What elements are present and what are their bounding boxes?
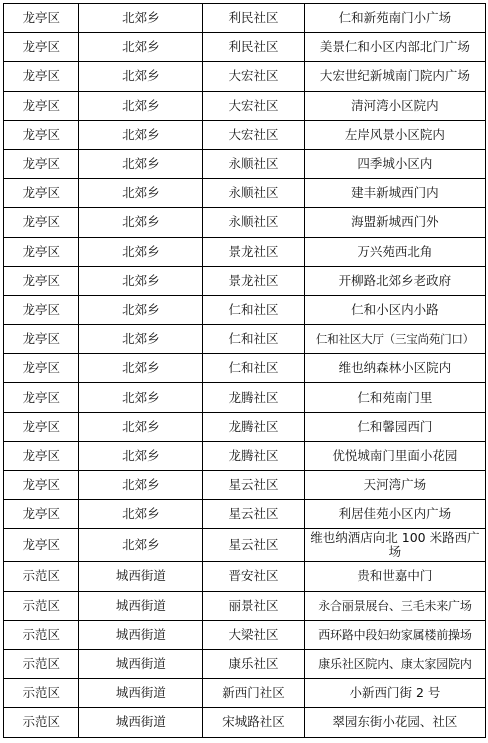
community-cell: 大梁社区 [203, 620, 305, 649]
location-cell: 开柳路北郊乡老政府 [304, 266, 485, 295]
table-row: 龙亭区北郊乡永顺社区建丰新城西门内 [4, 179, 486, 208]
township-cell: 城西街道 [79, 562, 203, 591]
community-cell: 星云社区 [203, 471, 305, 500]
district-cell: 龙亭区 [4, 179, 79, 208]
township-cell: 北郊乡 [79, 266, 203, 295]
table-row: 龙亭区北郊乡永顺社区海盟新城西门外 [4, 208, 486, 237]
location-cell: 四季城小区内 [304, 149, 485, 178]
township-cell: 城西街道 [79, 649, 203, 678]
table-row: 龙亭区北郊乡利民社区美景仁和小区内部北门广场 [4, 33, 486, 62]
township-cell: 城西街道 [79, 591, 203, 620]
location-cell: 优悦城南门里面小花园 [304, 441, 485, 470]
district-cell: 示范区 [4, 620, 79, 649]
location-cell: 小新西门街 2 号 [304, 679, 485, 708]
community-cell: 景龙社区 [203, 266, 305, 295]
community-cell: 景龙社区 [203, 237, 305, 266]
township-cell: 城西街道 [79, 708, 203, 737]
township-cell: 北郊乡 [79, 412, 203, 441]
community-cell: 星云社区 [203, 500, 305, 529]
district-cell: 示范区 [4, 591, 79, 620]
township-cell: 北郊乡 [79, 441, 203, 470]
community-cell: 仁和社区 [203, 354, 305, 383]
table-row: 示范区城西街道大梁社区西环路中段妇幼家属楼前操场 [4, 620, 486, 649]
community-cell: 仁和社区 [203, 325, 305, 354]
district-cell: 龙亭区 [4, 471, 79, 500]
location-cell: 万兴苑西北角 [304, 237, 485, 266]
community-cell: 龙腾社区 [203, 383, 305, 412]
table-row: 龙亭区北郊乡景龙社区开柳路北郊乡老政府 [4, 266, 486, 295]
community-cell: 永顺社区 [203, 149, 305, 178]
location-cell: 海盟新城西门外 [304, 208, 485, 237]
township-cell: 北郊乡 [79, 529, 203, 562]
district-cell: 龙亭区 [4, 354, 79, 383]
location-cell: 翠园东街小花园、社区 [304, 708, 485, 737]
township-cell: 北郊乡 [79, 208, 203, 237]
table-row: 龙亭区北郊乡大宏社区左岸风景小区院内 [4, 120, 486, 149]
community-cell: 永顺社区 [203, 208, 305, 237]
township-cell: 北郊乡 [79, 4, 203, 33]
district-cell: 示范区 [4, 708, 79, 737]
location-cell: 康乐社区院内、康太家园院内 [304, 649, 485, 678]
township-cell: 北郊乡 [79, 383, 203, 412]
district-cell: 龙亭区 [4, 295, 79, 324]
district-cell: 龙亭区 [4, 237, 79, 266]
location-cell: 仁和小区内小路 [304, 295, 485, 324]
district-cell: 龙亭区 [4, 412, 79, 441]
table-row: 龙亭区北郊乡龙腾社区优悦城南门里面小花园 [4, 441, 486, 470]
location-cell: 仁和社区大厅（三宝尚苑门口） [304, 325, 485, 354]
community-cell: 丽景社区 [203, 591, 305, 620]
table-row: 龙亭区北郊乡大宏社区清河湾小区院内 [4, 91, 486, 120]
district-cell: 示范区 [4, 562, 79, 591]
location-cell: 清河湾小区院内 [304, 91, 485, 120]
community-cell: 大宏社区 [203, 62, 305, 91]
township-cell: 北郊乡 [79, 62, 203, 91]
district-cell: 龙亭区 [4, 325, 79, 354]
table-row: 龙亭区北郊乡星云社区天河湾广场 [4, 471, 486, 500]
district-cell: 龙亭区 [4, 91, 79, 120]
table-row: 龙亭区北郊乡景龙社区万兴苑西北角 [4, 237, 486, 266]
location-cell: 贵和世嘉中门 [304, 562, 485, 591]
table-body: 龙亭区北郊乡利民社区仁和新苑南门小广场 龙亭区北郊乡利民社区美景仁和小区内部北门… [4, 4, 486, 738]
district-cell: 龙亭区 [4, 62, 79, 91]
district-cell: 龙亭区 [4, 208, 79, 237]
district-cell: 龙亭区 [4, 120, 79, 149]
district-cell: 示范区 [4, 649, 79, 678]
table-row: 龙亭区北郊乡大宏社区大宏世纪新城南门院内广场 [4, 62, 486, 91]
township-cell: 城西街道 [79, 679, 203, 708]
district-cell: 龙亭区 [4, 4, 79, 33]
table-row: 龙亭区北郊乡星云社区维也纳酒店向北 100 米路西广场 [4, 529, 486, 562]
district-cell: 龙亭区 [4, 500, 79, 529]
township-cell: 北郊乡 [79, 33, 203, 62]
township-cell: 北郊乡 [79, 325, 203, 354]
location-cell: 建丰新城西门内 [304, 179, 485, 208]
township-cell: 北郊乡 [79, 149, 203, 178]
table-row: 示范区城西街道晋安社区贵和世嘉中门 [4, 562, 486, 591]
table-row: 示范区城西街道新西门社区小新西门街 2 号 [4, 679, 486, 708]
township-cell: 北郊乡 [79, 295, 203, 324]
location-cell: 天河湾广场 [304, 471, 485, 500]
district-cell: 示范区 [4, 679, 79, 708]
community-cell: 大宏社区 [203, 120, 305, 149]
location-cell: 美景仁和小区内部北门广场 [304, 33, 485, 62]
location-cell: 大宏世纪新城南门院内广场 [304, 62, 485, 91]
community-cell: 星云社区 [203, 529, 305, 562]
location-cell: 维也纳森林小区院内 [304, 354, 485, 383]
district-cell: 龙亭区 [4, 383, 79, 412]
table-row: 龙亭区北郊乡仁和社区仁和小区内小路 [4, 295, 486, 324]
community-cell: 永顺社区 [203, 179, 305, 208]
location-cell: 左岸风景小区院内 [304, 120, 485, 149]
community-cell: 新西门社区 [203, 679, 305, 708]
district-cell: 龙亭区 [4, 149, 79, 178]
location-cell: 维也纳酒店向北 100 米路西广场 [304, 529, 485, 562]
community-cell: 康乐社区 [203, 649, 305, 678]
township-cell: 北郊乡 [79, 354, 203, 383]
table-row: 龙亭区北郊乡龙腾社区仁和苑南门里 [4, 383, 486, 412]
community-cell: 宋城路社区 [203, 708, 305, 737]
district-cell: 龙亭区 [4, 529, 79, 562]
township-cell: 北郊乡 [79, 91, 203, 120]
table-row: 龙亭区北郊乡仁和社区仁和社区大厅（三宝尚苑门口） [4, 325, 486, 354]
table-row: 示范区城西街道宋城路社区翠园东街小花园、社区 [4, 708, 486, 737]
community-cell: 大宏社区 [203, 91, 305, 120]
township-cell: 北郊乡 [79, 500, 203, 529]
community-cell: 利民社区 [203, 33, 305, 62]
location-cell: 西环路中段妇幼家属楼前操场 [304, 620, 485, 649]
table-row: 龙亭区北郊乡利民社区仁和新苑南门小广场 [4, 4, 486, 33]
community-cell: 晋安社区 [203, 562, 305, 591]
community-cell: 龙腾社区 [203, 441, 305, 470]
community-cell: 利民社区 [203, 4, 305, 33]
township-cell: 北郊乡 [79, 179, 203, 208]
table-row: 示范区城西街道丽景社区永合丽景展台、三毛未来广场 [4, 591, 486, 620]
location-cell: 永合丽景展台、三毛未来广场 [304, 591, 485, 620]
district-cell: 龙亭区 [4, 33, 79, 62]
table-row: 龙亭区北郊乡龙腾社区仁和馨园西门 [4, 412, 486, 441]
district-cell: 龙亭区 [4, 441, 79, 470]
township-cell: 北郊乡 [79, 471, 203, 500]
location-cell: 利居佳苑小区内广场 [304, 500, 485, 529]
table-row: 龙亭区北郊乡星云社区利居佳苑小区内广场 [4, 500, 486, 529]
table-row: 示范区城西街道康乐社区康乐社区院内、康太家园院内 [4, 649, 486, 678]
location-table: 龙亭区北郊乡利民社区仁和新苑南门小广场 龙亭区北郊乡利民社区美景仁和小区内部北门… [3, 3, 486, 738]
table-row: 龙亭区北郊乡永顺社区四季城小区内 [4, 149, 486, 178]
location-cell: 仁和苑南门里 [304, 383, 485, 412]
table-row: 龙亭区北郊乡仁和社区维也纳森林小区院内 [4, 354, 486, 383]
district-cell: 龙亭区 [4, 266, 79, 295]
location-cell: 仁和新苑南门小广场 [304, 4, 485, 33]
community-cell: 仁和社区 [203, 295, 305, 324]
township-cell: 北郊乡 [79, 120, 203, 149]
township-cell: 北郊乡 [79, 237, 203, 266]
location-cell: 仁和馨园西门 [304, 412, 485, 441]
township-cell: 城西街道 [79, 620, 203, 649]
community-cell: 龙腾社区 [203, 412, 305, 441]
